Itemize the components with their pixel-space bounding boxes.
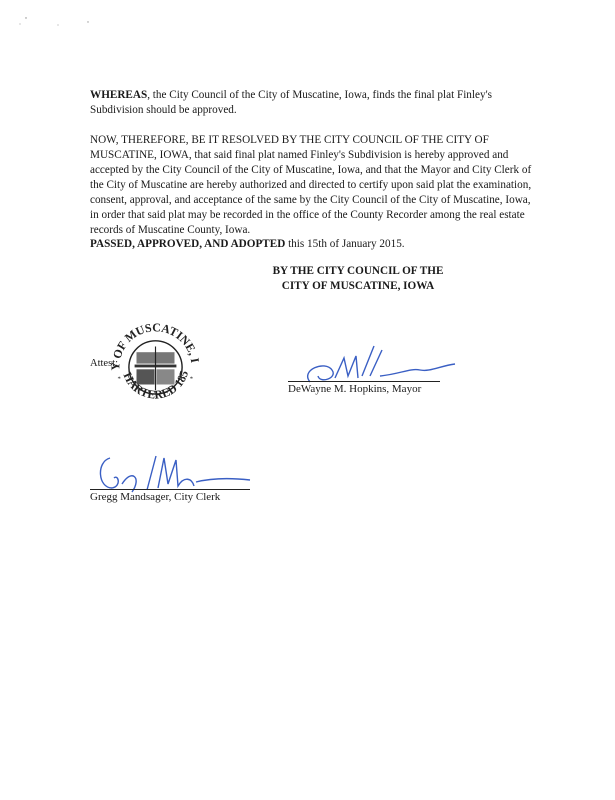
clerk-signature-line (90, 489, 250, 490)
whereas-text: , the City Council of the City of Muscat… (90, 89, 492, 116)
scan-specks (18, 10, 98, 30)
svg-text:*: * (118, 376, 121, 383)
mayor-signature-line (288, 381, 440, 382)
passed-text: this 15th of January 2015. (285, 238, 404, 250)
passed-paragraph: PASSED, APPROVED, AND ADOPTED this 15th … (90, 237, 540, 252)
document-page: WHEREAS, the City Council of the City of… (0, 0, 615, 800)
svg-text:*: * (190, 376, 193, 383)
clerk-name: Gregg Mandsager, City Clerk (90, 491, 220, 503)
whereas-lead: WHEREAS (90, 89, 147, 101)
council-heading-line-1: BY THE CITY COUNCIL OF THE (270, 264, 446, 279)
passed-lead: PASSED, APPROVED, AND ADOPTED (90, 238, 285, 250)
city-seal-icon: CITY OF MUSCATINE, IOWA CHARTERED 1851 *… (108, 318, 203, 413)
council-heading-line-2: CITY OF MUSCATINE, IOWA (270, 279, 446, 294)
mayor-name: DeWayne M. Hopkins, Mayor (288, 383, 421, 395)
whereas-paragraph: WHEREAS, the City Council of the City of… (90, 88, 540, 118)
council-heading: BY THE CITY COUNCIL OF THE CITY OF MUSCA… (270, 264, 446, 294)
resolution-paragraph: NOW, THEREFORE, BE IT RESOLVED BY THE CI… (90, 133, 540, 238)
